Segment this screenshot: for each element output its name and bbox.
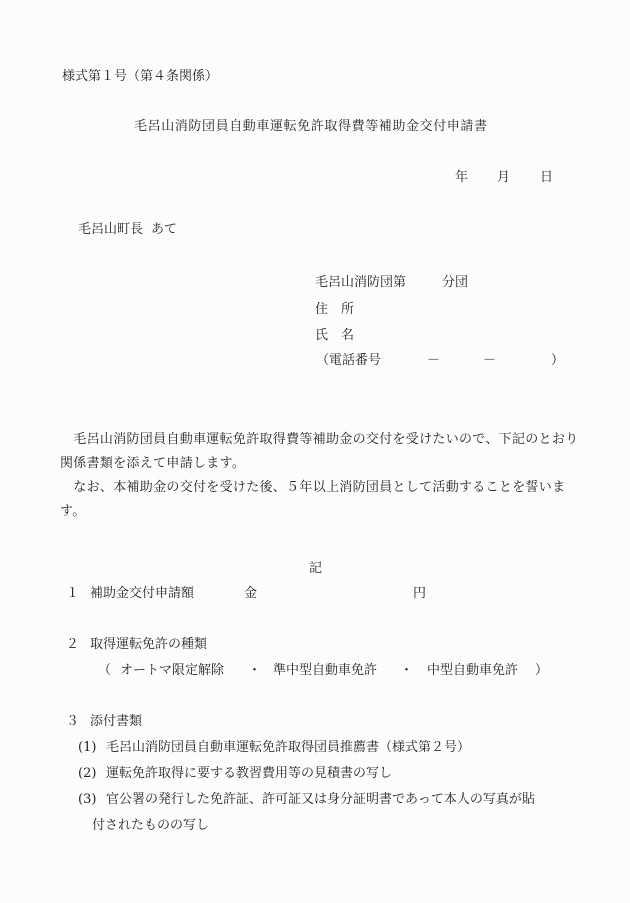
phone-close: ）: [551, 353, 564, 369]
attachment-2-text: 運転免許取得に要する教習費用等の見積書の写し: [106, 766, 392, 782]
body-text: 毛呂山消防団員自動車運転免許取得費等補助金の交付を受けたいので、下記のとおり関係…: [60, 428, 580, 524]
item-1-kin: 金: [244, 586, 257, 602]
phone-dash-2: －: [483, 353, 496, 369]
attachment-2-number: (2): [78, 766, 96, 782]
item-2-label: 取得運転免許の種類: [90, 637, 207, 653]
attachment-3-continuation: 付されたものの写し: [92, 818, 209, 834]
license-option-medium: 中型自動車免許: [427, 663, 518, 679]
item-2-paren-close: ）: [535, 663, 548, 679]
option-separator-2: ・: [400, 663, 413, 679]
item-2-number: ２: [66, 637, 79, 653]
day-label: 日: [540, 170, 553, 186]
body-paragraph-2: なお、本補助金の交付を受けた後、５年以上消防団員として活動することを誓います。: [60, 476, 580, 524]
phone-dash-1: －: [427, 353, 440, 369]
attachment-1-number: (1): [78, 740, 96, 756]
addressee-name: 毛呂山町長: [78, 222, 143, 238]
unit-prefix: 毛呂山消防団第: [315, 275, 406, 291]
ki-heading: 記: [309, 561, 322, 577]
attachment-3-number: (3): [78, 792, 96, 808]
year-label: 年: [455, 170, 468, 186]
attachment-1-text: 毛呂山消防団員自動車運転免許取得団員推薦書（様式第２号）: [106, 740, 470, 756]
address-label: 住 所: [315, 302, 354, 318]
phone-open: （電話番号: [316, 353, 381, 369]
license-option-at-limited: オートマ限定解除: [120, 663, 224, 679]
addressee-suffix: あて: [151, 222, 177, 238]
month-label: 月: [497, 170, 510, 186]
document-title: 毛呂山消防団員自動車運転免許取得費等補助金交付申請書: [134, 119, 488, 135]
attachment-3-text: 官公署の発行した免許証、許可証又は身分証明書であって本人の写真が貼: [106, 792, 535, 808]
license-option-semi-medium: 準中型自動車免許: [273, 663, 377, 679]
item-1-label: 補助金交付申請額: [90, 586, 194, 602]
item-3-number: ３: [66, 714, 79, 730]
unit-suffix: 分団: [442, 275, 468, 291]
item-1-number: １: [66, 586, 79, 602]
item-1-yen: 円: [413, 586, 426, 602]
option-separator-1: ・: [248, 663, 261, 679]
form-number: 様式第１号（第４条関係）: [62, 69, 218, 85]
item-3-label: 添付書類: [90, 714, 142, 730]
item-2-paren-open: （: [98, 663, 111, 679]
name-label: 氏 名: [315, 328, 354, 344]
body-paragraph-1: 毛呂山消防団員自動車運転免許取得費等補助金の交付を受けたいので、下記のとおり関係…: [60, 428, 580, 476]
